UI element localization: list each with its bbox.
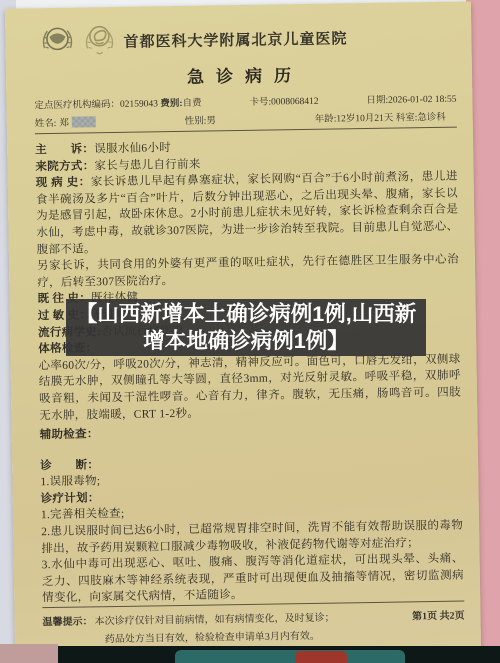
meta-row-2: 姓名:郑 性别:男 年龄:12岁10月21天 科室:急诊科 xyxy=(35,109,457,135)
name-redaction-box xyxy=(72,116,96,127)
footer-tip-line1: 温馨提示：本次诊疗仅针对目前病情，如有病情变化，及时复诊； xyxy=(42,609,334,629)
present-illness: 现 病 史：家长诉患儿早起有鼻塞症状，家长网购“百合”于6小时前煮汤，患儿进食半… xyxy=(36,169,459,259)
page-indicator: 第1页 共2页 xyxy=(412,607,465,623)
card-number: 卡号:0008068412 xyxy=(249,93,318,108)
patient-age-dept: 年龄:12岁10月21天 科室:急诊科 xyxy=(315,109,446,125)
caption-line-1: 【山西新增本土确诊病例1例,山西新 xyxy=(76,301,416,328)
physical-exam-findings: 心率60次/分，呼吸20次/分，神志清，精神反应可。面色可，口唇无发绀，双侧球结… xyxy=(38,351,461,424)
org-code: 定点医疗机构编码：02159043 费别:自费 xyxy=(34,95,201,112)
caption-line-2: 增本地确诊病例1例】 xyxy=(143,328,348,355)
hospital-header: 首都医科大学附属北京儿童医院 xyxy=(39,16,456,64)
background-bottom-left-corner xyxy=(0,644,58,663)
hospital-name: 首都医科大学附属北京儿童医院 xyxy=(123,27,347,52)
meta-row-1: 定点医疗机构编码：02159043 费别:自费 卡号:0008068412 日期… xyxy=(34,91,456,112)
news-caption-overlay: 【山西新增本土确诊病例1例,山西新 增本地确诊病例1例】 xyxy=(66,299,426,356)
background-red-object xyxy=(295,651,347,663)
background-teal-object xyxy=(175,650,405,663)
aux-exam-label: 辅助检查： xyxy=(40,421,462,444)
document-title: 急诊病历 xyxy=(34,59,456,91)
footer-tip-line2: 药品处方当日有效，检验检查申请单3月内有效。 xyxy=(105,625,465,646)
photo-of-medical-record: 首都医科大学附属北京儿童医院 急诊病历 定点医疗机构编码：02159043 费别… xyxy=(0,0,500,663)
plan-item-3: 3.水仙中毒可出现恶心、呕吐、腹痛、腹泻等消化道症状，可出现头晕、头痛、乏力、四… xyxy=(42,551,465,607)
patient-gender: 性别:男 xyxy=(185,111,315,127)
record-body: 主 诉：误服水仙6小时 来院方式：家长与患儿自行前来 现 病 史：家长诉患儿早起… xyxy=(35,136,464,608)
record-date: 日期:2026-01-02 18:55 xyxy=(366,91,456,106)
national-wreath-emblem-icon xyxy=(39,22,76,64)
patient-name: 姓名:郑 xyxy=(35,113,185,129)
record-footer: 温馨提示：本次诊疗仅针对目前病情，如有病情变化，及时复诊； 第1页 共2页 药品… xyxy=(42,601,465,647)
hospital-logo-emblem-icon xyxy=(82,21,117,63)
